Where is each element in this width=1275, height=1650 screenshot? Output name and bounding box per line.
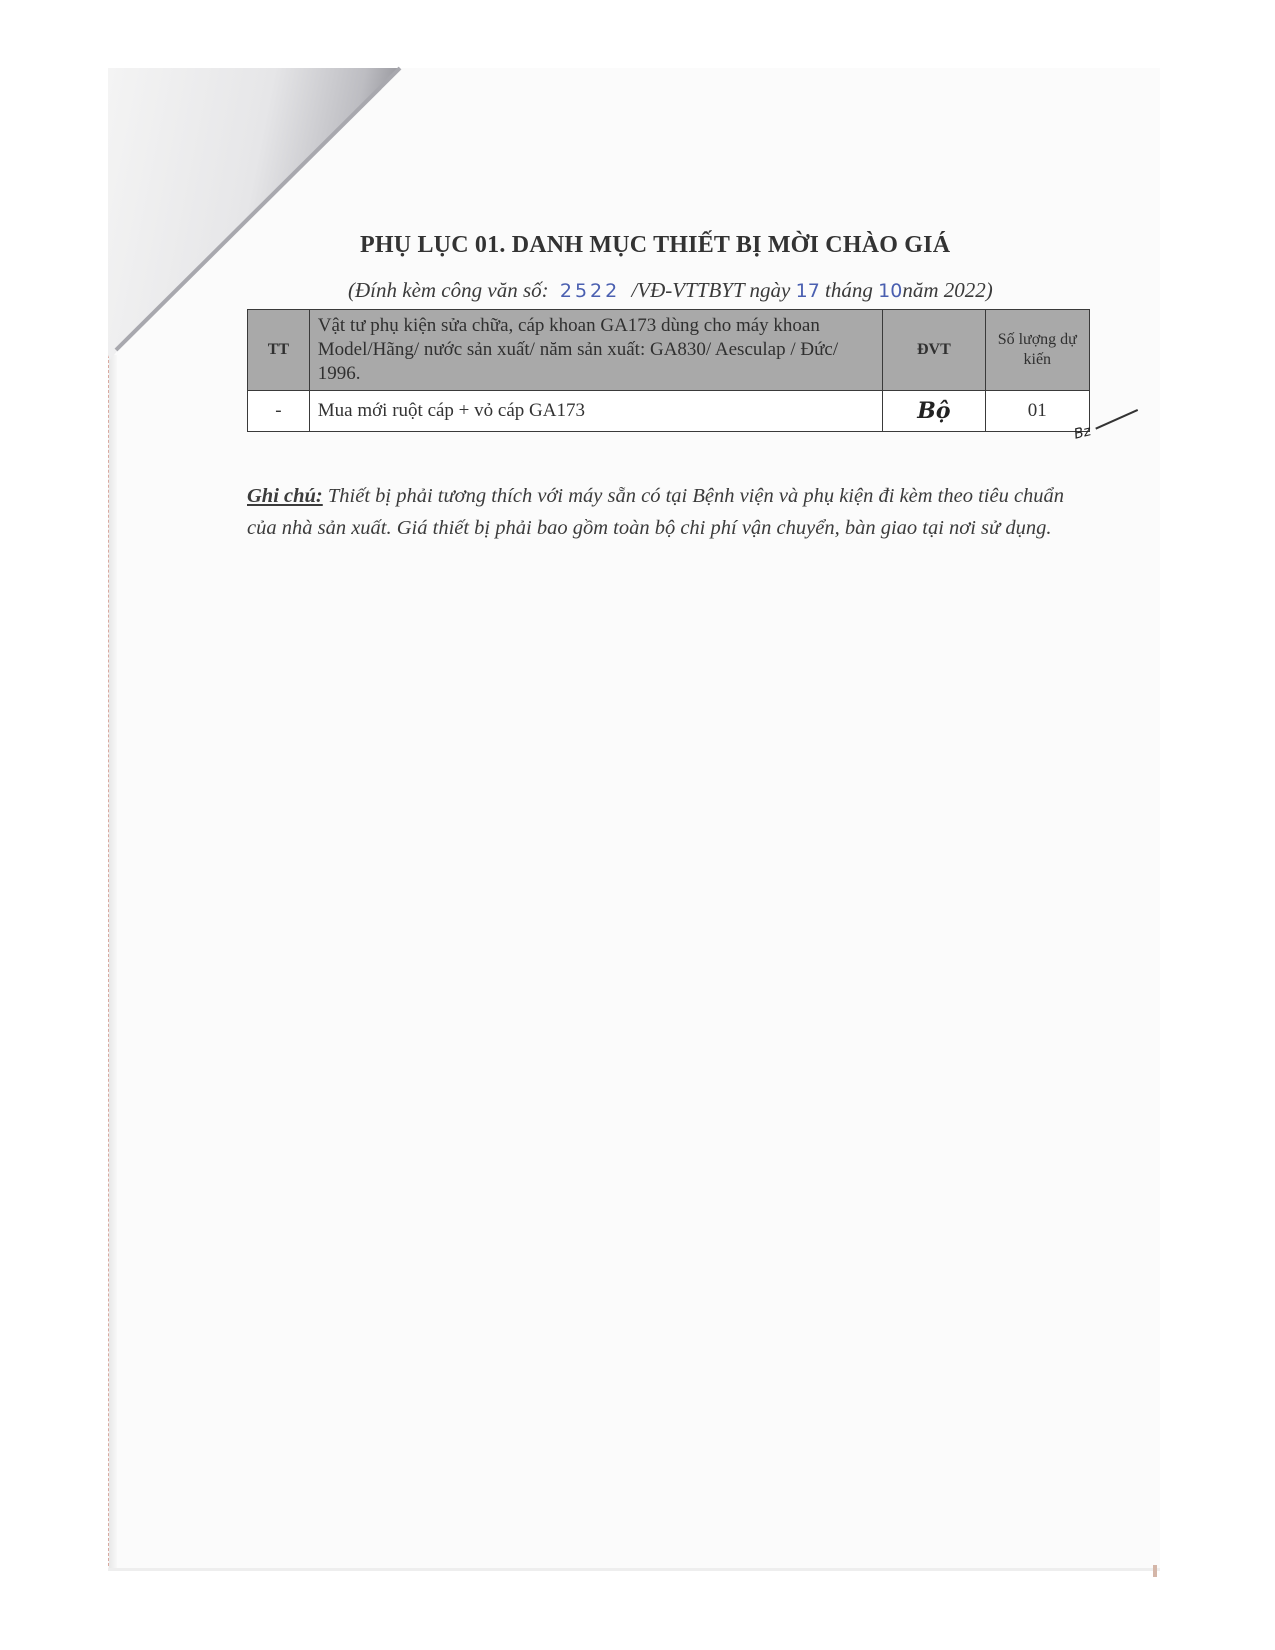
table-row: - Mua mới ruột cáp + vỏ cáp GA173 Bộ 01 [248, 391, 1090, 432]
note-paragraph: Ghi chú: Thiết bị phải tương thích với m… [247, 480, 1067, 544]
handwritten-day: 17 [796, 280, 820, 302]
row-tt: - [248, 391, 310, 432]
subtitle-mid2: tháng [825, 278, 873, 302]
page-edge-bottom [108, 1568, 1160, 1571]
table-header-row: TT Vật tư phụ kiện sửa chữa, cáp khoan G… [248, 310, 1090, 391]
header-unit: ĐVT [883, 310, 985, 391]
header-description: Vật tư phụ kiện sửa chữa, cáp khoan GA17… [309, 310, 882, 391]
equipment-table: TT Vật tư phụ kiện sửa chữa, cáp khoan G… [247, 309, 1090, 432]
note-text: Thiết bị phải tương thích với máy sẵn có… [247, 485, 1064, 539]
subtitle-prefix: (Đính kèm công văn số: [348, 278, 549, 302]
row-quantity: 01 [985, 391, 1089, 432]
handwritten-month: 10 [878, 280, 902, 302]
document-reference: (Đính kèm công văn số: 2522 /VĐ-VTTBYT n… [348, 278, 993, 303]
page-title: PHỤ LỤC 01. DANH MỤC THIẾT BỊ MỜI CHÀO G… [360, 232, 960, 259]
row-description: Mua mới ruột cáp + vỏ cáp GA173 [309, 391, 882, 432]
note-label: Ghi chú: [247, 485, 323, 507]
subtitle-mid1: /VĐ-VTTBYT ngày [631, 278, 790, 302]
scan-mark [1153, 1565, 1157, 1577]
row-unit-handwritten: Bộ [883, 391, 985, 432]
page-edge [108, 355, 117, 1571]
header-quantity: Số lượng dự kiến [985, 310, 1089, 391]
header-tt: TT [248, 310, 310, 391]
subtitle-suffix: năm 2022) [902, 278, 992, 302]
handwritten-document-number: 2522 [560, 280, 620, 302]
